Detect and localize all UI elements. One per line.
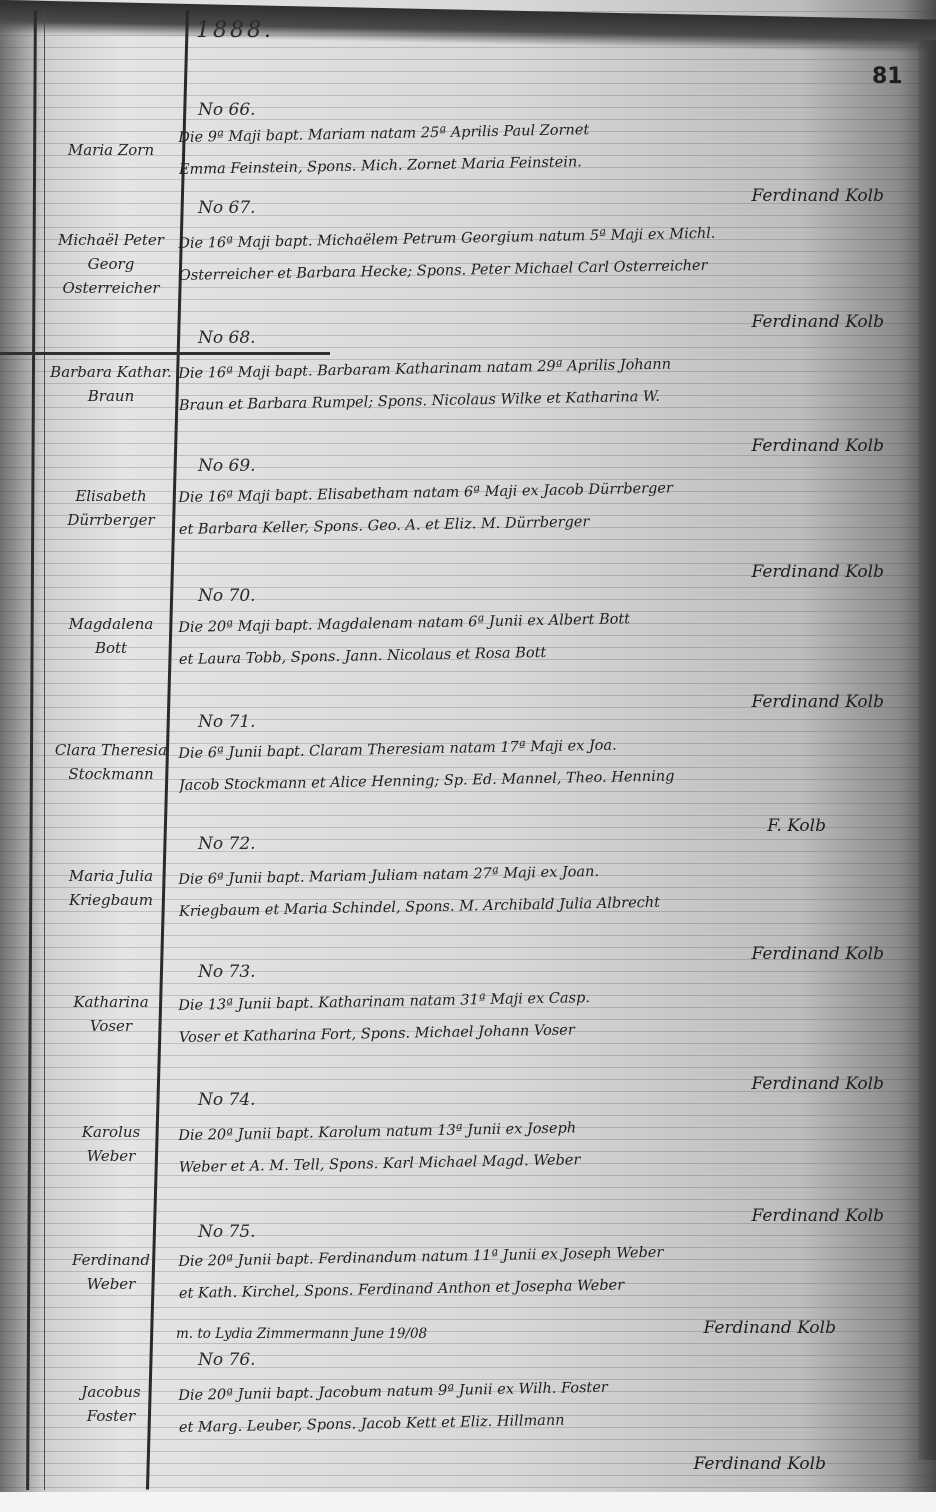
entry-number: No 70.	[198, 586, 256, 606]
officiant-signature: Ferdinand Kolb	[752, 312, 885, 332]
child-name: Clara Theresia Stockmann	[36, 738, 186, 786]
strike-line	[0, 352, 330, 355]
child-name: Ferdinand Weber	[36, 1248, 186, 1296]
entry-text: Die 16ª Maji bapt. Michaëlem Petrum Geor…	[178, 214, 909, 292]
entry-number: No 74.	[198, 1090, 256, 1110]
officiant-signature: Ferdinand Kolb	[752, 692, 885, 712]
officiant-signature: Ferdinand Kolb	[694, 1454, 827, 1474]
entry-text: Die 16ª Maji bapt. Elisabetham natam 6ª …	[178, 468, 909, 546]
officiant-signature: Ferdinand Kolb	[752, 1074, 885, 1094]
entry-text: Die 13ª Junii bapt. Katharinam natam 31ª…	[178, 976, 909, 1054]
child-name: Karolus Weber	[36, 1120, 186, 1168]
child-name: Elisabeth Dürrberger	[36, 484, 186, 532]
entry-number: No 75.	[198, 1222, 256, 1242]
child-name: Katharina Voser	[36, 990, 186, 1038]
entry-text: Die 16ª Maji bapt. Barbaram Katharinam n…	[178, 344, 909, 422]
child-name: Michaël Peter Georg Osterreicher	[36, 228, 186, 300]
entry-text: Die 6ª Junii bapt. Claram Theresiam nata…	[178, 724, 909, 802]
entry-number: No 68.	[198, 328, 256, 348]
child-name: Maria Zorn	[36, 138, 186, 162]
officiant-signature: Ferdinand Kolb	[704, 1318, 837, 1338]
entry-text: Die 9ª Maji bapt. Mariam natam 25ª April…	[178, 108, 909, 186]
year-header: 1888.	[196, 18, 274, 43]
entry-number: No 71.	[198, 712, 256, 732]
entry-text: Die 20ª Maji bapt. Magdalenam natam 6ª J…	[178, 598, 909, 676]
entry-number: No 66.	[198, 100, 256, 120]
scan-top-shadow	[0, 0, 936, 54]
child-name: Maria Julia Kriegbaum	[36, 864, 186, 912]
entry-number: No 73.	[198, 962, 256, 982]
entry-number: No 67.	[198, 198, 256, 218]
page-number: 81	[872, 64, 903, 89]
entry-number: No 76.	[198, 1350, 256, 1370]
entry-text: Die 6ª Junii bapt. Mariam Juliam natam 2…	[178, 850, 909, 928]
entry-text: Die 20ª Junii bapt. Ferdinandum natum 11…	[178, 1232, 909, 1310]
officiant-signature: Ferdinand Kolb	[752, 186, 885, 206]
entry-text: Die 20ª Junii bapt. Jacobum natum 9ª Jun…	[178, 1366, 909, 1444]
entry-number: No 69.	[198, 456, 256, 476]
child-name: Jacobus Foster	[36, 1380, 186, 1428]
scan-right-edge	[918, 40, 936, 1460]
officiant-signature: Ferdinand Kolb	[752, 436, 885, 456]
entry-text: Die 20ª Junii bapt. Karolum natum 13ª Ju…	[178, 1106, 909, 1184]
officiant-signature: F. Kolb	[767, 816, 826, 836]
officiant-signature: Ferdinand Kolb	[752, 944, 885, 964]
scan-bottom-margin	[0, 1492, 936, 1512]
officiant-signature: Ferdinand Kolb	[752, 562, 885, 582]
child-name: Magdalena Bott	[36, 612, 186, 660]
marriage-annotation: m. to Lydia Zimmermann June 19/08	[176, 1326, 427, 1342]
entry-number: No 72.	[198, 834, 256, 854]
register-page: 1888. 81 No 66. Maria Zorn Die 9ª Maji b…	[0, 0, 936, 1512]
child-name: Barbara Kathar. Braun	[36, 360, 186, 408]
officiant-signature: Ferdinand Kolb	[752, 1206, 885, 1226]
